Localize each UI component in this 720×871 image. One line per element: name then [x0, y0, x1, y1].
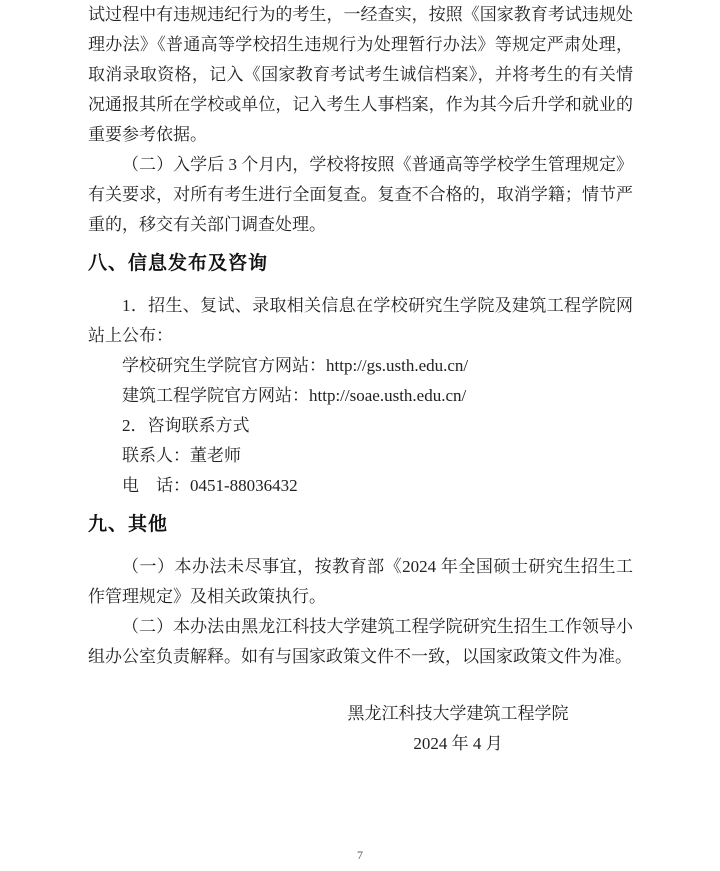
gs-website-label: 学校研究生学院官方网站： [122, 356, 326, 375]
page-number: 7 [0, 848, 720, 862]
section-8-item-1: 1．招生、复试、录取相关信息在学校研究生学院及建筑工程学院网站上公布： [88, 291, 633, 351]
paragraph-violation-penalty: 试过程中有违规违纪行为的考生，一经查实，按照《国家教育考试违规处理办法》《普通高… [88, 0, 633, 150]
gs-website-url: http://gs.usth.edu.cn/ [326, 356, 468, 375]
gs-website-line: 学校研究生学院官方网站：http://gs.usth.edu.cn/ [88, 351, 633, 381]
contact-phone-line: 电 话：0451-88036432 [88, 471, 633, 501]
section-9-heading: 九、其他 [88, 510, 633, 540]
section-8-heading: 八、信息发布及咨询 [88, 249, 633, 279]
contact-person-line: 联系人：董老师 [88, 441, 633, 471]
soae-website-url: http://soae.usth.edu.cn/ [309, 386, 466, 405]
document-page: 试过程中有违规违纪行为的考生，一经查实，按照《国家教育考试违规处理办法》《普通高… [0, 0, 720, 871]
soae-website-label: 建筑工程学院官方网站： [122, 386, 309, 405]
section-8-item-2: 2．咨询联系方式 [88, 411, 633, 441]
signature-date: 2024 年 4 月 [283, 729, 633, 759]
paragraph-enrollment-recheck: （二）入学后 3 个月内，学校将按照《普通高等学校学生管理规定》有关要求，对所有… [88, 150, 633, 240]
signature-org: 黑龙江科技大学建筑工程学院 [283, 699, 633, 729]
section-9-item-1: （一）本办法未尽事宜，按教育部《2024 年全国硕士研究生招生工作管理规定》及相… [88, 552, 633, 612]
soae-website-line: 建筑工程学院官方网站：http://soae.usth.edu.cn/ [88, 381, 633, 411]
section-9-item-2: （二）本办法由黑龙江科技大学建筑工程学院研究生招生工作领导小组办公室负责解释。如… [88, 612, 633, 672]
signature-block: 黑龙江科技大学建筑工程学院 2024 年 4 月 [283, 699, 633, 759]
